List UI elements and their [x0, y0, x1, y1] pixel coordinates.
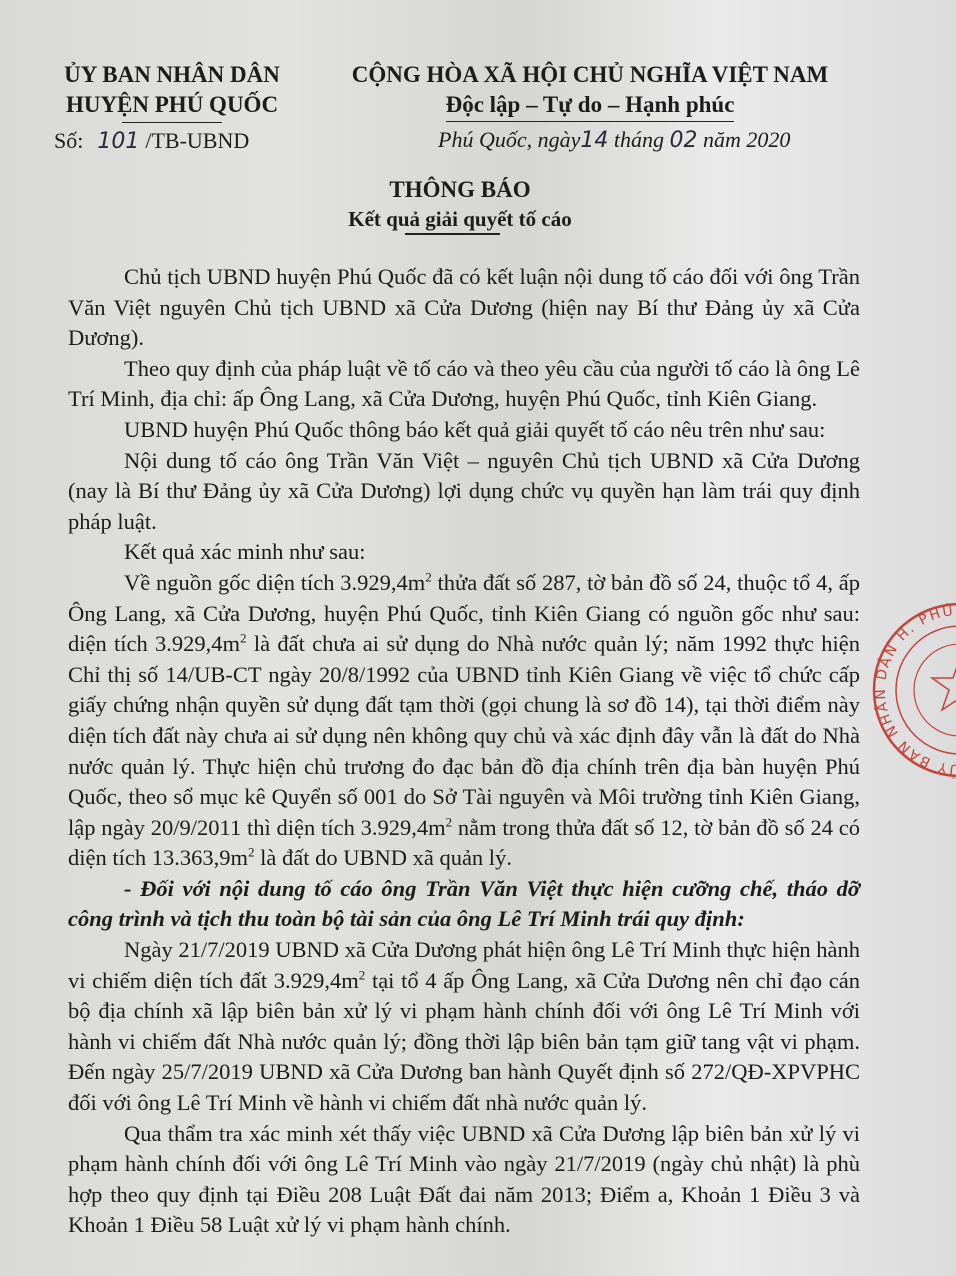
paragraph: Qua thẩm tra xác minh xét thấy việc UBND…	[68, 1119, 860, 1241]
date-place: Phú Quốc, ngày	[438, 127, 580, 152]
title-subtitle: Kết quả giải quyết tố cáo	[300, 205, 620, 233]
text-run: Về nguồn gốc diện tích 3.929,4m	[124, 570, 425, 595]
paragraph: Ngày 21/7/2019 UBND xã Cửa Dương phát hi…	[68, 935, 860, 1119]
national-header: CỘNG HÒA XÃ HỘI CHỦ NGHĨA VIỆT NAM Độc l…	[340, 60, 840, 122]
place-date: Phú Quốc, ngày14 tháng 02 năm 2020	[438, 127, 790, 153]
paragraph: Kết quả xác minh như sau:	[68, 537, 860, 568]
nation-title: CỘNG HÒA XÃ HỘI CHỦ NGHĨA VIỆT NAM	[340, 60, 840, 90]
paragraph: Về nguồn gốc diện tích 3.929,4m2 thửa đấ…	[68, 568, 860, 874]
divider	[122, 122, 222, 123]
paragraph: Chủ tịch UBND huyện Phú Quốc đã có kết l…	[68, 262, 860, 354]
date-month: 02	[669, 128, 697, 153]
paragraph: Nội dung tố cáo ông Trần Văn Việt – nguy…	[68, 446, 860, 538]
document-page: ỦY BAN NHÂN DÂN HUYỆN PHÚ QUỐC Số:101/TB…	[0, 0, 956, 1276]
text-run: là đất do UBND xã quản lý.	[254, 845, 511, 870]
date-year: năm 2020	[703, 127, 790, 152]
official-seal-icon: ỦY BAN NHÂN DÂN H. PHÚ QUỐC	[870, 600, 956, 780]
section-heading: - Đối với nội dung tố cáo ông Trần Văn V…	[68, 874, 860, 935]
date-day: 14	[580, 128, 608, 153]
divider	[405, 233, 500, 235]
document-body: Chủ tịch UBND huyện Phú Quốc đã có kết l…	[68, 262, 860, 1241]
issuing-authority: ỦY BAN NHÂN DÂN HUYỆN PHÚ QUỐC	[52, 60, 292, 123]
doc-number-suffix: /TB-UBND	[145, 128, 249, 153]
org-line-1: ỦY BAN NHÂN DÂN	[52, 60, 292, 90]
paragraph: UBND huyện Phú Quốc thông báo kết quả gi…	[68, 415, 860, 446]
document-title: THÔNG BÁO Kết quả giải quyết tố cáo	[300, 175, 620, 235]
org-line-2: HUYỆN PHÚ QUỐC	[52, 90, 292, 120]
date-month-label: tháng	[614, 127, 664, 152]
paragraph: Theo quy định của pháp luật về tố cáo và…	[68, 354, 860, 415]
text-run: là đất chưa ai sử dụng do Nhà nước quản …	[68, 631, 860, 840]
document-number: Số:101/TB-UBND	[54, 128, 249, 154]
national-motto: Độc lập – Tự do – Hạnh phúc	[446, 90, 735, 122]
svg-text:ỦY BAN NHÂN DÂN H. PHÚ QUỐC: ỦY BAN NHÂN DÂN H. PHÚ QUỐC	[870, 600, 956, 780]
title-main: THÔNG BÁO	[300, 175, 620, 205]
doc-number-prefix: Số:	[54, 128, 83, 153]
doc-number-handwritten: 101	[97, 129, 139, 154]
